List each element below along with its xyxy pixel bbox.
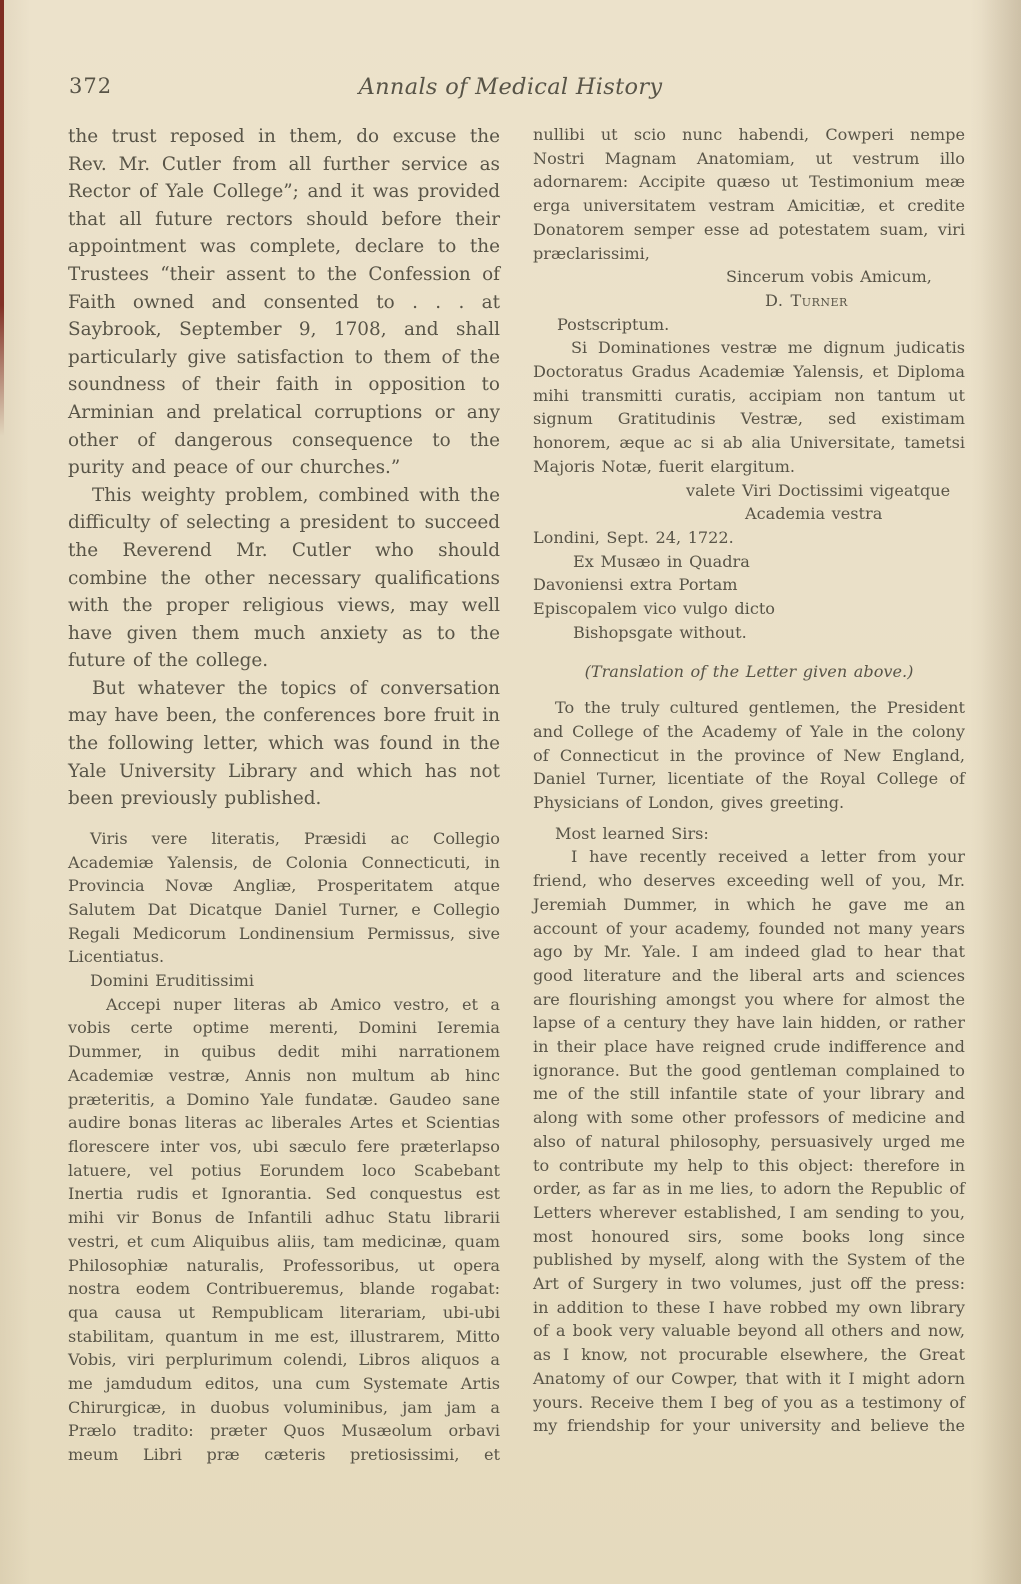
paragraph: This weighty problem, combined with the … xyxy=(68,482,500,675)
address-line: Davoniensi extra Portam xyxy=(533,573,965,597)
paragraph-continuation: the trust reposed in them, do excuse the… xyxy=(68,123,500,482)
latin-letter-block: Viris vere literatis, Præsidi ac Collegi… xyxy=(68,827,500,1467)
letter-signoff: Sincerum vobis Amicum, xyxy=(726,265,965,289)
latin-continuation: nullibi ut scio nunc habendi, Cowperi ne… xyxy=(533,123,965,265)
postscript-body: Si Dominationes vestræ me dignum judicat… xyxy=(533,336,965,478)
page-header: 372 Annals of Medical History xyxy=(0,0,1021,104)
latin-salutation: Viris vere literatis, Præsidi ac Collegi… xyxy=(68,827,500,969)
address-line: Bishopsgate without. xyxy=(533,621,965,645)
postscript-label: Postscriptum. xyxy=(533,313,965,337)
translation-body: I have recently received a letter from y… xyxy=(533,845,965,1438)
left-column: the trust reposed in them, do excuse the… xyxy=(68,123,500,1467)
text-columns: the trust reposed in them, do excuse the… xyxy=(0,123,1021,1467)
latin-body: Accepi nuper literas ab Amico vestro, et… xyxy=(68,993,500,1467)
translation-greeting: Most learned Sirs: xyxy=(533,822,965,846)
address-line: Ex Musæo in Quadra xyxy=(533,550,965,574)
address-line: Episcopalem vico vulgo dicto xyxy=(533,597,965,621)
book-page: 372 Annals of Medical History the trust … xyxy=(0,0,1021,1584)
right-column: nullibi ut scio nunc habendi, Cowperi ne… xyxy=(533,123,965,1467)
valediction-line: Academia vestra xyxy=(745,502,965,526)
latin-greeting: Domini Eruditissimi xyxy=(68,969,500,993)
dateline: Londini, Sept. 24, 1722. xyxy=(533,526,965,550)
translation-heading: (Translation of the Letter given above.) xyxy=(533,660,965,684)
translation-salutation: To the truly cultured gentlemen, the Pre… xyxy=(533,696,965,815)
letter-signature: D. Turner xyxy=(765,289,965,313)
valediction-line: valete Viri Doctissimi vigeatque xyxy=(686,479,965,503)
journal-title: Annals of Medical History xyxy=(0,74,1021,100)
paragraph: But whatever the topics of conversation … xyxy=(68,675,500,813)
page-number: 372 xyxy=(69,74,112,98)
